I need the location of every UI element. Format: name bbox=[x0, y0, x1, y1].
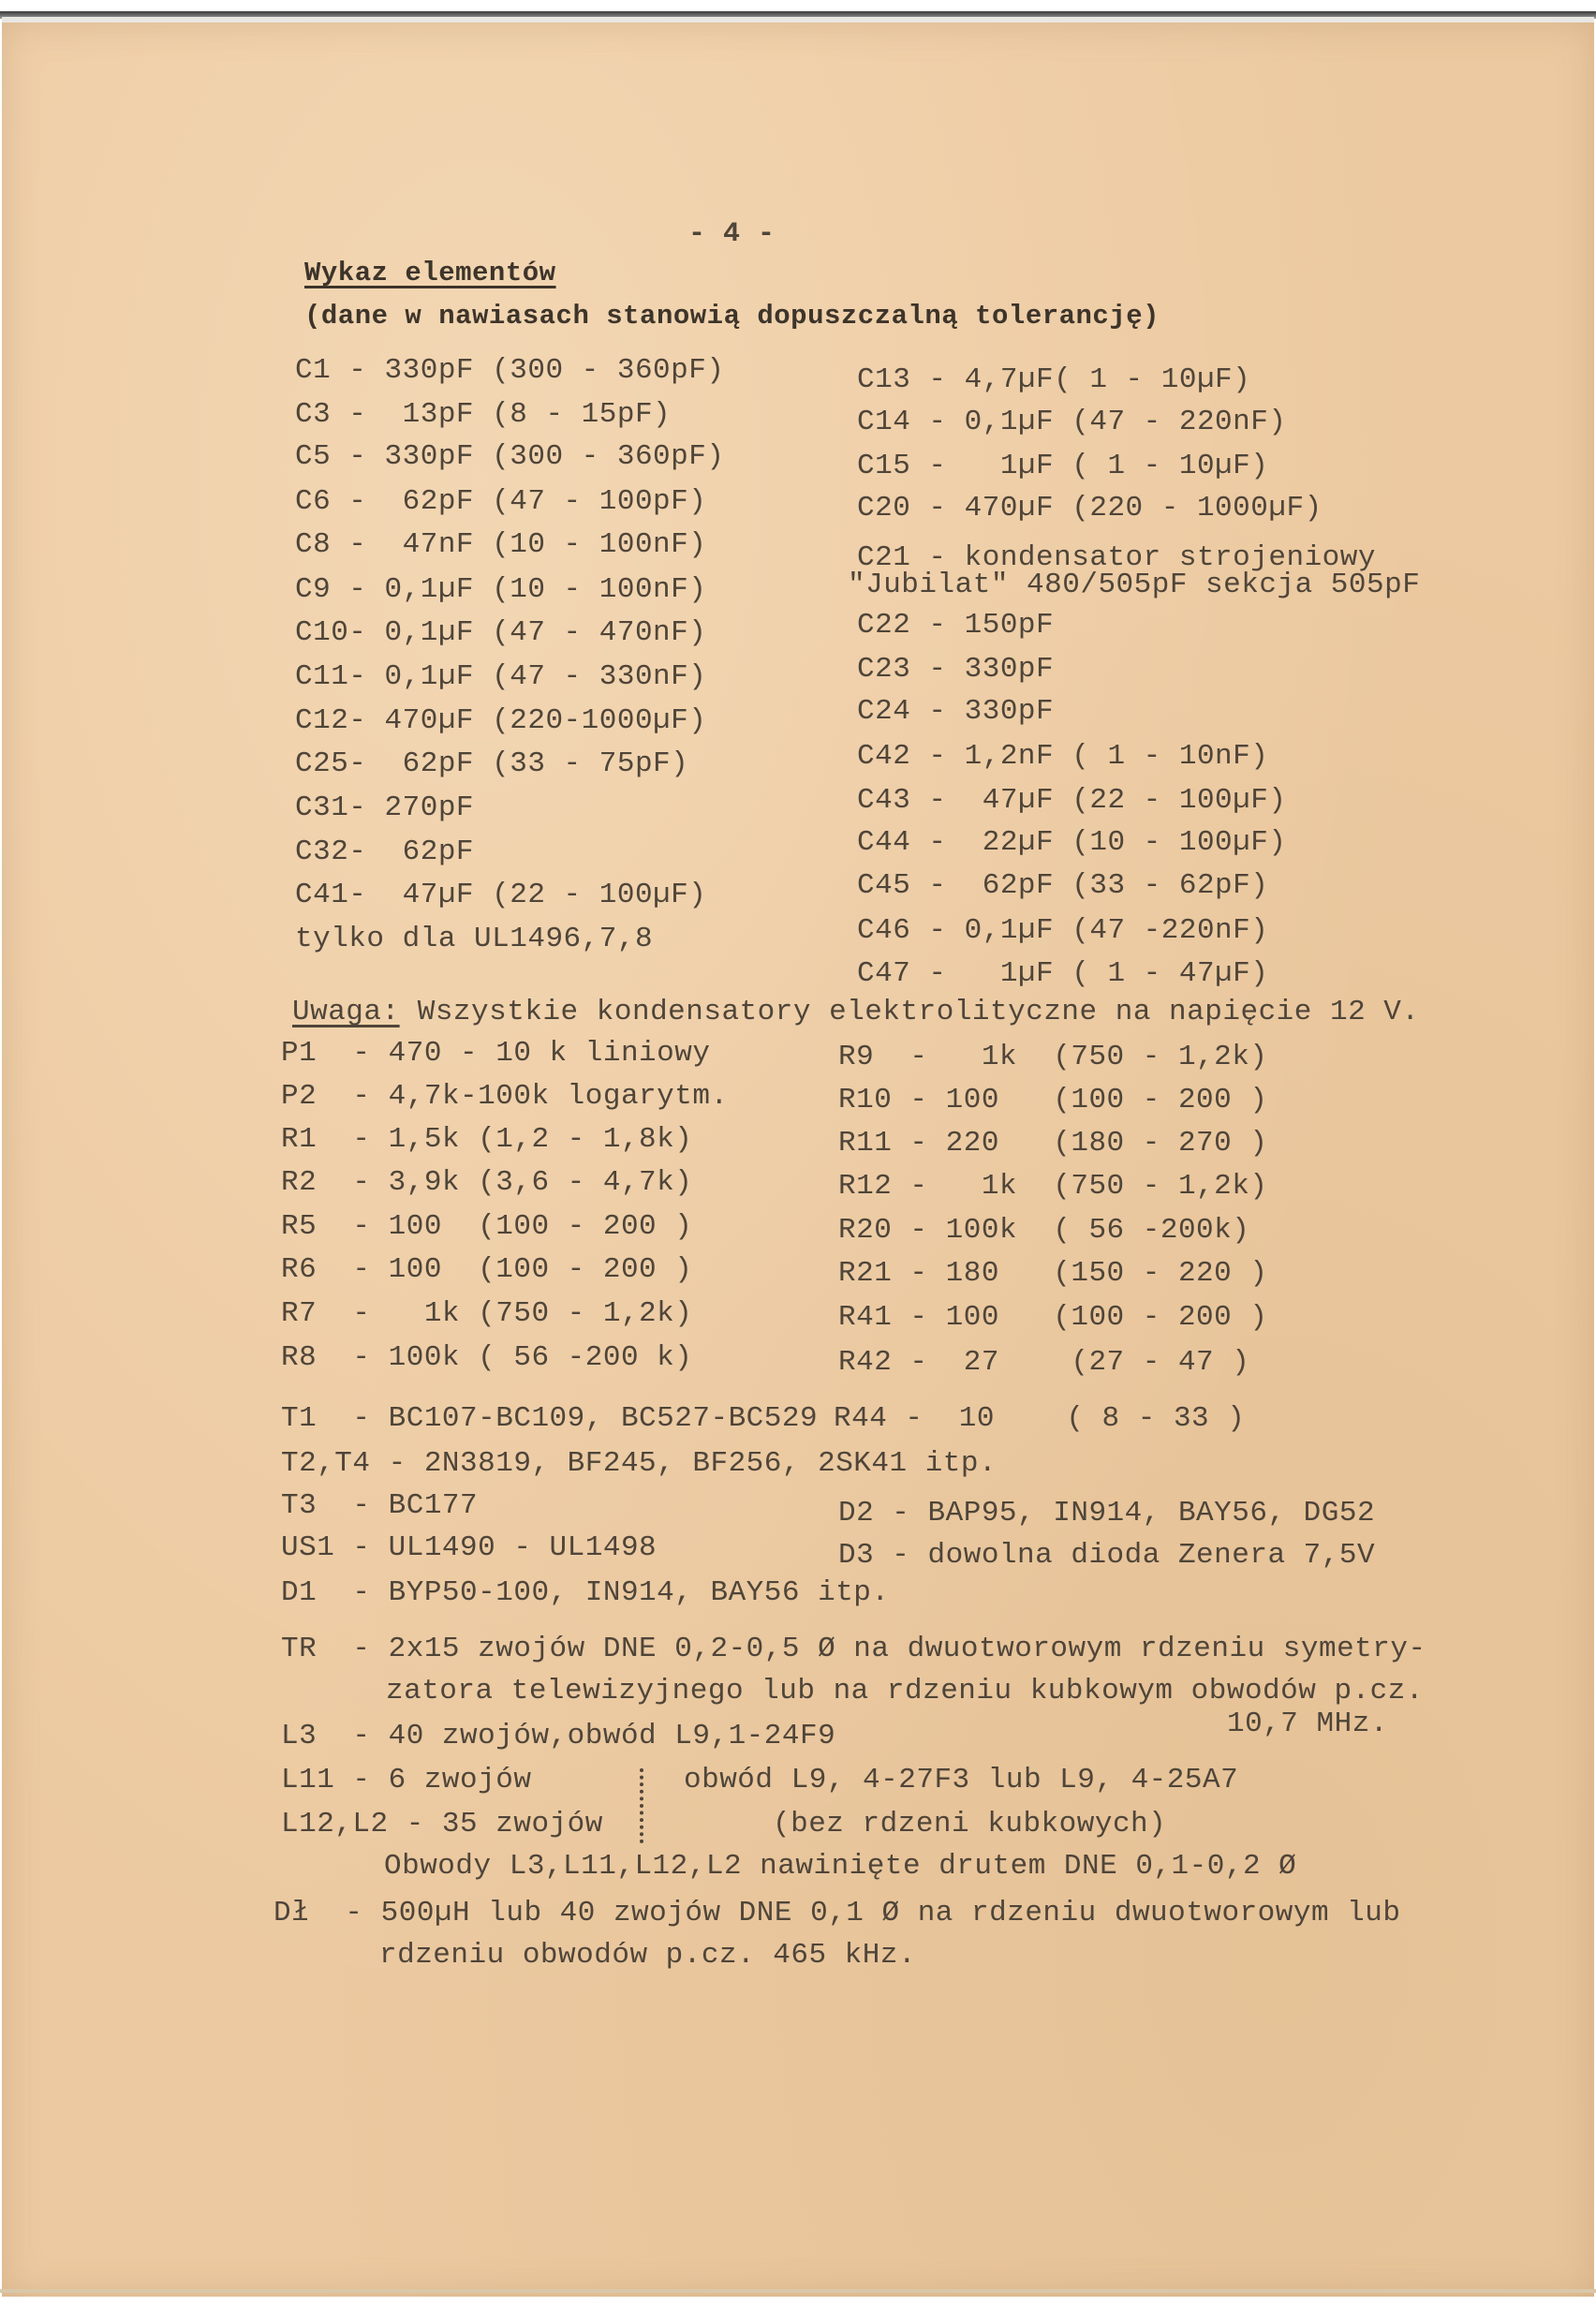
resistor-item: R42 - 27 (27 - 47 ) bbox=[838, 1346, 1249, 1380]
capacitor-item: C6 - 62pF (47 - 100pF) bbox=[295, 485, 706, 519]
resistor-item: R41 - 100 (100 - 200 ) bbox=[838, 1301, 1267, 1335]
resistor-item: R1 - 1,5k (1,2 - 1,8k) bbox=[281, 1123, 692, 1157]
capacitor-item: C9 - 0,1µF (10 - 100nF) bbox=[295, 573, 706, 607]
coil-group-note: (bez rdzeni kubkowych) bbox=[773, 1808, 1166, 1841]
capacitor-item: C43 - 47µF (22 - 100µF) bbox=[857, 784, 1286, 818]
capacitor-item: C13 - 4,7µF( 1 - 10µF) bbox=[857, 363, 1250, 397]
capacitor-item: C5 - 330pF (300 - 360pF) bbox=[295, 440, 724, 474]
capacitor-item: C47 - 1µF ( 1 - 47µF) bbox=[857, 957, 1268, 991]
capacitor-item: C11- 0,1µF (47 - 330nF) bbox=[295, 660, 706, 694]
coil-l3: L3 - 40 zwojów,obwód L9,1-24F9 bbox=[281, 1720, 835, 1753]
page-bottom-edge bbox=[0, 2289, 1596, 2293]
capacitor-item: "Jubilat" 480/505pF sekcja 505pF bbox=[848, 569, 1420, 602]
resistor-item: R8 - 100k ( 56 -200 k) bbox=[281, 1341, 692, 1375]
resistor-item: R12 - 1k (750 - 1,2k) bbox=[838, 1170, 1267, 1204]
capacitor-item: C15 - 1µF ( 1 - 10µF) bbox=[857, 450, 1268, 483]
capacitor-item: C22 - 150pF bbox=[857, 609, 1054, 643]
coil-wire-note: Obwody L3,L11,L12,L2 nawinięte drutem DN… bbox=[384, 1850, 1296, 1884]
resistor-item: R20 - 100k ( 56 -200k) bbox=[838, 1214, 1249, 1248]
resistor-item: P1 - 470 - 10 k liniowy bbox=[281, 1037, 710, 1071]
resistor-item: R9 - 1k (750 - 1,2k) bbox=[838, 1041, 1267, 1074]
coil-l11: L11 - 6 zwojów bbox=[281, 1764, 531, 1797]
resistor-item: R10 - 100 (100 - 200 ) bbox=[838, 1084, 1267, 1117]
resistor-item: P2 - 4,7k-100k logarytm. bbox=[281, 1080, 729, 1114]
choke-dl-line1: Dł - 500µH lub 40 zwojów DNE 0,1 Ø na rd… bbox=[273, 1897, 1401, 1930]
capacitor-item: C20 - 470µF (220 - 1000µF) bbox=[857, 492, 1323, 525]
capacitor-item: C32- 62pF bbox=[295, 835, 474, 869]
note-label: Uwaga: bbox=[292, 996, 400, 1028]
transformer-tr-line1: TR - 2x15 zwojów DNE 0,2-0,5 Ø na dwuotw… bbox=[281, 1633, 1426, 1666]
resistor-item: R11 - 220 (180 - 270 ) bbox=[838, 1127, 1267, 1160]
coil-l12-l2: L12,L2 - 35 zwojów bbox=[281, 1808, 603, 1841]
bracket-divider bbox=[640, 1768, 647, 1843]
capacitor-item: C8 - 47nF (10 - 100nF) bbox=[295, 528, 706, 562]
capacitor-item: C3 - 13pF (8 - 15pF) bbox=[295, 398, 671, 432]
page-number: - 4 - bbox=[688, 217, 776, 251]
capacitor-item: C12- 470µF (220-1000µF) bbox=[295, 704, 706, 738]
diode-d3: D3 - dowolna dioda Zenera 7,5V bbox=[838, 1539, 1375, 1573]
transformer-tr-line2: zatora telewizyjnego lub na rdzeniu kubk… bbox=[386, 1675, 1424, 1708]
capacitor-item: tylko dla UL1496,7,8 bbox=[295, 923, 653, 956]
capacitor-item: C1 - 330pF (300 - 360pF) bbox=[295, 354, 724, 388]
choke-dl-line2: rdzeniu obwodów p.cz. 465 kHz. bbox=[379, 1939, 916, 1973]
diode-d2: D2 - BAP95, IN914, BAY56, DG52 bbox=[838, 1497, 1375, 1530]
capacitor-item: C41- 47µF (22 - 100µF) bbox=[295, 879, 706, 912]
page-title: Wykaz elementów bbox=[304, 257, 556, 290]
subtitle: (dane w nawiasach stanowią dopuszczalną … bbox=[304, 300, 1160, 333]
resistor-r44: R44 - 10 ( 8 - 33 ) bbox=[834, 1402, 1245, 1436]
capacitor-item: C24 - 330pF bbox=[857, 695, 1054, 729]
capacitor-item: C23 - 330pF bbox=[857, 653, 1054, 687]
transformer-tr-freq: 10,7 MHz. bbox=[1227, 1707, 1388, 1741]
ic-us1: US1 - UL1490 - UL1498 bbox=[281, 1531, 657, 1565]
resistor-item: R21 - 180 (150 - 220 ) bbox=[838, 1257, 1267, 1291]
note-text: Wszystkie kondensatory elektrolityczne n… bbox=[400, 996, 1420, 1028]
transistor-t3: T3 - BC177 bbox=[281, 1489, 478, 1523]
capacitor-item: C46 - 0,1µF (47 -220nF) bbox=[857, 914, 1268, 948]
capacitor-item: C42 - 1,2nF ( 1 - 10nF) bbox=[857, 740, 1268, 774]
capacitor-item: C31- 270pF bbox=[295, 791, 474, 825]
capacitor-item: C45 - 62pF (33 - 62pF) bbox=[857, 869, 1268, 903]
coil-group-spec: obwód L9, 4-27F3 lub L9, 4-25A7 bbox=[684, 1764, 1238, 1797]
resistor-item: R2 - 3,9k (3,6 - 4,7k) bbox=[281, 1166, 692, 1200]
electrolytic-note: Uwaga: Wszystkie kondensatory elektrolit… bbox=[292, 996, 1420, 1029]
capacitor-item: C44 - 22µF (10 - 100µF) bbox=[857, 826, 1286, 860]
capacitor-item: C14 - 0,1µF (47 - 220nF) bbox=[857, 406, 1286, 439]
capacitor-item: C25- 62pF (33 - 75pF) bbox=[295, 747, 688, 781]
resistor-item: R6 - 100 (100 - 200 ) bbox=[281, 1253, 692, 1287]
transistor-t2-t4: T2,T4 - 2N3819, BF245, BF256, 2SK41 itp. bbox=[281, 1447, 997, 1481]
capacitor-item: C10- 0,1µF (47 - 470nF) bbox=[295, 616, 706, 650]
resistor-item: R7 - 1k (750 - 1,2k) bbox=[281, 1297, 692, 1331]
diode-d1: D1 - BYP50-100, IN914, BAY56 itp. bbox=[281, 1576, 890, 1610]
transistor-t1: T1 - BC107-BC109, BC527-BC529 bbox=[281, 1402, 818, 1436]
resistor-item: R5 - 100 (100 - 200 ) bbox=[281, 1210, 692, 1244]
